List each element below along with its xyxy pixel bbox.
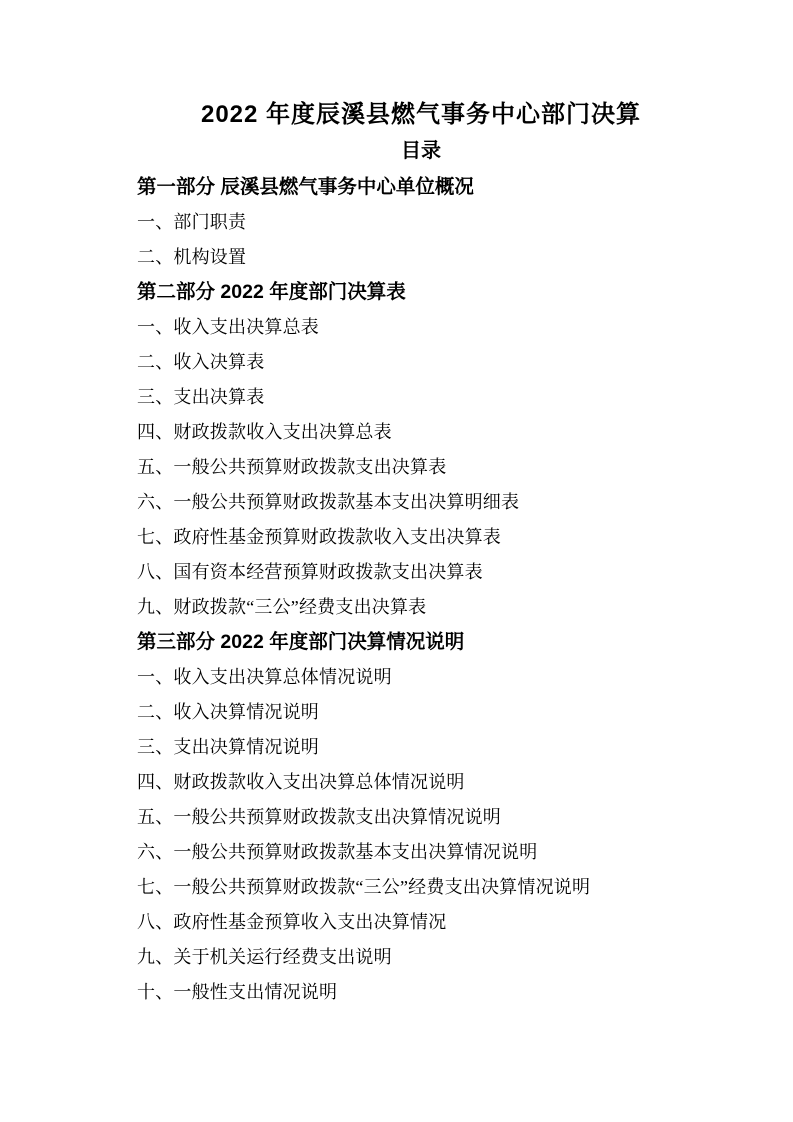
toc-item: 六、一般公共预算财政拨款基本支出决算情况说明	[137, 835, 665, 870]
toc-section-3: 第三部分 2022 年度部门决算情况说明 一、收入支出决算总体情况说明 二、收入…	[137, 625, 665, 1010]
toc-item: 二、收入决算表	[137, 345, 665, 380]
toc-item: 五、一般公共预算财政拨款支出决算表	[137, 450, 665, 485]
toc-item: 六、一般公共预算财政拨款基本支出决算明细表	[137, 485, 665, 520]
toc-heading: 目录	[137, 133, 665, 170]
toc-section-2: 第二部分 2022 年度部门决算表 一、收入支出决算总表 二、收入决算表 三、支…	[137, 275, 665, 625]
toc-item: 九、财政拨款“三公”经费支出决算表	[137, 590, 665, 625]
toc-item: 四、财政拨款收入支出决算总表	[137, 415, 665, 450]
toc-item: 三、支出决算情况说明	[137, 730, 665, 765]
toc-item: 二、机构设置	[137, 240, 665, 275]
toc-item: 十、一般性支出情况说明	[137, 975, 665, 1010]
document-content: 2022 年度辰溪县燃气事务中心部门决算 目录 第一部分 辰溪县燃气事务中心单位…	[0, 0, 793, 1010]
toc-item: 一、收入支出决算总体情况说明	[137, 660, 665, 695]
toc-item: 四、财政拨款收入支出决算总体情况说明	[137, 765, 665, 800]
document-page: 2022 年度辰溪县燃气事务中心部门决算 目录 第一部分 辰溪县燃气事务中心单位…	[0, 0, 793, 1122]
toc-item: 一、部门职责	[137, 205, 665, 240]
section-2-heading: 第二部分 2022 年度部门决算表	[137, 275, 665, 310]
toc-item: 一、收入支出决算总表	[137, 310, 665, 345]
toc-item: 七、一般公共预算财政拨款“三公”经费支出决算情况说明	[137, 870, 665, 905]
toc-item: 八、政府性基金预算收入支出决算情况	[137, 905, 665, 940]
section-1-heading: 第一部分 辰溪县燃气事务中心单位概况	[137, 170, 665, 205]
toc-item: 八、国有资本经营预算财政拨款支出决算表	[137, 555, 665, 590]
toc-item: 二、收入决算情况说明	[137, 695, 665, 730]
section-3-heading: 第三部分 2022 年度部门决算情况说明	[137, 625, 665, 660]
document-title: 2022 年度辰溪县燃气事务中心部门决算	[137, 96, 665, 133]
toc-item: 九、关于机关运行经费支出说明	[137, 940, 665, 975]
toc-section-1: 第一部分 辰溪县燃气事务中心单位概况 一、部门职责 二、机构设置	[137, 170, 665, 275]
toc-item: 五、一般公共预算财政拨款支出决算情况说明	[137, 800, 665, 835]
toc-item: 七、政府性基金预算财政拨款收入支出决算表	[137, 520, 665, 555]
toc-item: 三、支出决算表	[137, 380, 665, 415]
